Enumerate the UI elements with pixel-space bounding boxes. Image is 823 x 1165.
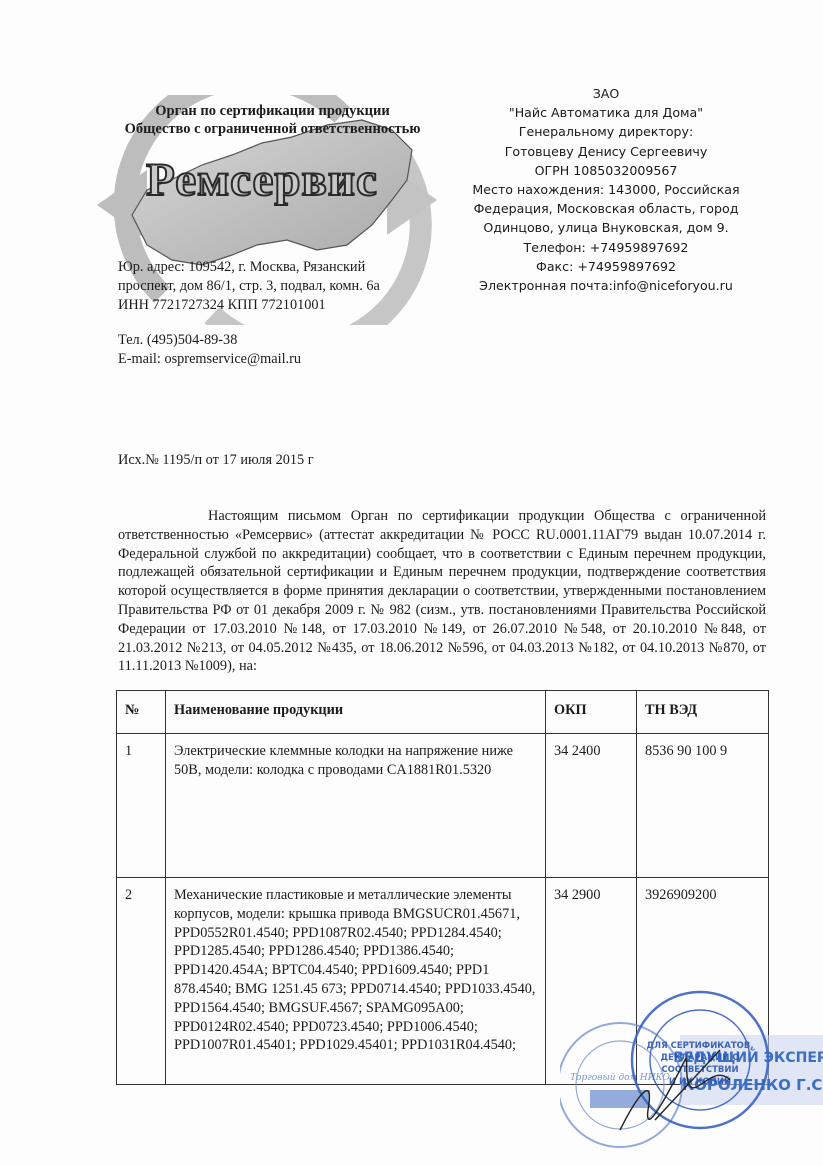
sender-header-line2: Общество с ограниченной ответственностью [100,120,445,138]
cell-product-name: Электрические клеммные колодки на напряж… [166,734,546,878]
table-row: 2 Механические пластиковые и металлическ… [117,878,769,1085]
cell-tnved: 3926909200 [637,878,769,1085]
sender-address: Юр. адрес: 109542, г. Москва, Рязанский … [118,258,380,315]
cell-number: 1 [117,734,166,878]
recipient-line: Готовцеву Денису Сергеевичу [445,142,767,161]
recipient-line: Федерация, Московская область, город [445,199,767,218]
brand-name: Ремсервис [112,150,412,210]
sender-phone: Тел. (495)504-89-38 [118,331,301,350]
cell-okp: 34 2900 [546,878,637,1085]
inn-kpp-line: ИНН 7721727324 КПП 772101001 [118,296,380,315]
letter-body: Настоящим письмом Орган по сертификации … [118,507,766,676]
cell-number: 2 [117,878,166,1085]
cell-okp: 34 2400 [546,734,637,878]
recipient-line: Генеральному директору: [445,122,767,141]
header-okp: ОКП [546,691,637,734]
sender-email[interactable]: E-mail: ospremservice@mail.ru [118,350,301,369]
address-line: Юр. адрес: 109542, г. Москва, Рязанский [118,258,380,277]
header-product-name: Наименование продукции [166,691,546,734]
cell-tnved: 8536 90 100 9 [637,734,769,878]
recipient-line: "Найс Автоматика для Дома" [445,103,767,122]
table-row: 1 Электрические клеммные колодки на напр… [117,734,769,878]
table-header-row: № Наименование продукции ОКП ТН ВЭД [117,691,769,734]
cell-product-name: Механические пластиковые и металлические… [166,878,546,1085]
recipient-line: ОГРН 1085032009567 [445,161,767,180]
recipient-line: Место нахождения: 143000, Российская [445,180,767,199]
header-tnved: ТН ВЭД [637,691,769,734]
recipient-line: Телефон: +74959897692 [445,238,767,257]
recipient-line: Одинцово, улица Внуковская, дом 9. [445,218,767,237]
products-table: № Наименование продукции ОКП ТН ВЭД 1 Эл… [116,690,769,1085]
recipient-email[interactable]: Электронная почта:info@niceforyou.ru [445,276,767,295]
recipient-line: Факс: +74959897692 [445,257,767,276]
sender-header-line1: Орган по сертификации продукции [100,102,445,120]
outgoing-reference: Исх.№ 1195/п от 17 июля 2015 г [118,452,314,469]
recipient-line: ЗАО [445,84,767,103]
address-line: проспект, дом 86/1, стр. 3, подвал, комн… [118,277,380,296]
recipient-block: ЗАО "Найс Автоматика для Дома" Генеральн… [445,84,767,295]
sender-contacts: Тел. (495)504-89-38 E-mail: ospremservic… [118,331,301,369]
header-number: № [117,691,166,734]
